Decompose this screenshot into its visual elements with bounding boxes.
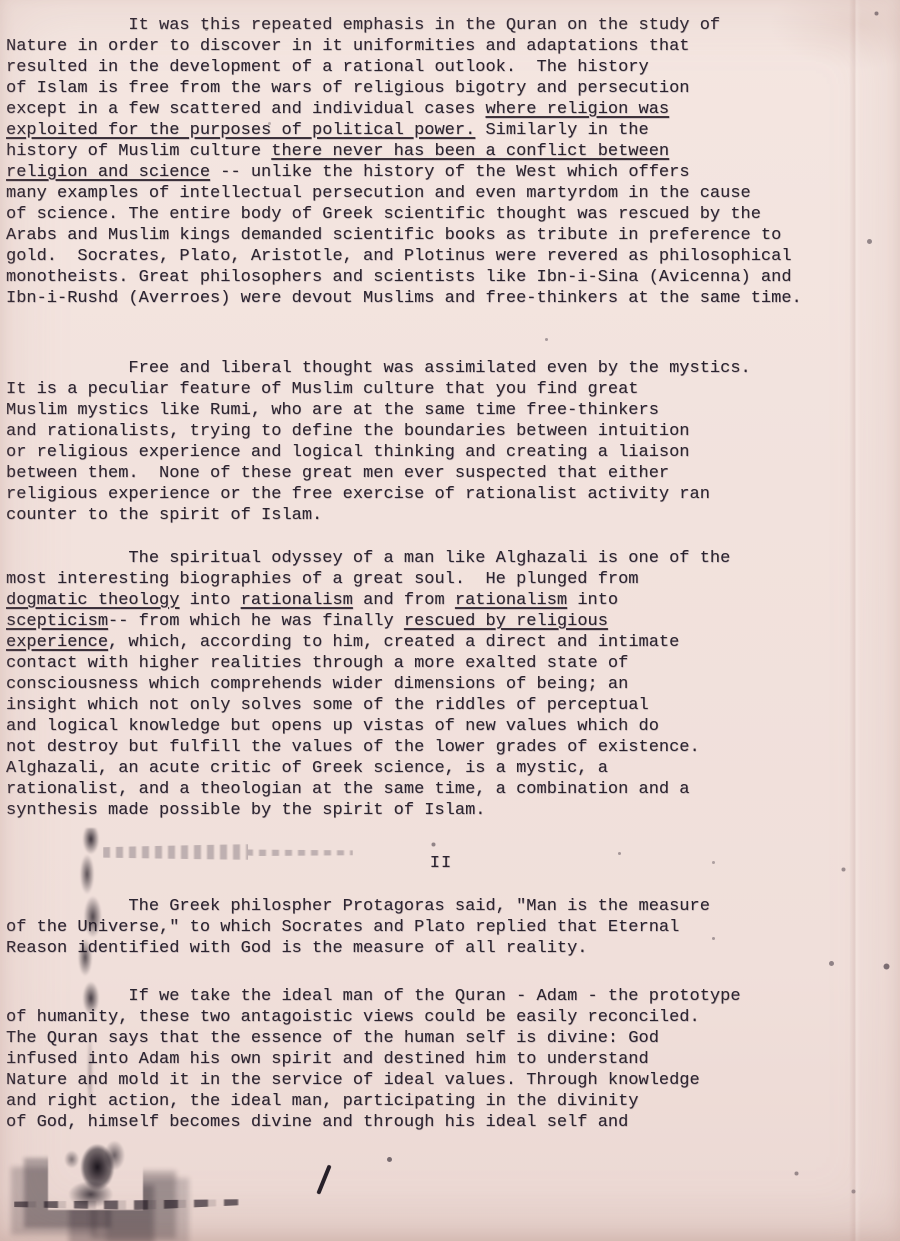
text-line: most interesting biographies of a great …: [6, 569, 876, 590]
text-line: resulted in the development of a rationa…: [6, 57, 876, 78]
paragraph: The Greek philospher Protagoras said, "M…: [6, 896, 876, 959]
text-line: Alghazali, an acute critic of Greek scie…: [6, 758, 876, 779]
paragraph: If we take the ideal man of the Quran - …: [6, 986, 876, 1133]
text-line: history of Muslim culture there never ha…: [6, 141, 876, 162]
text-line: of the Universe," to which Socrates and …: [6, 917, 876, 938]
text-line: synthesis made possible by the spirit of…: [6, 800, 876, 821]
text-line: Free and liberal thought was assimilated…: [6, 358, 876, 379]
ink-streak-tail: [84, 1008, 96, 1138]
fold-crease: [849, 0, 861, 1241]
text-line: monotheists. Great philosophers and scie…: [6, 267, 876, 288]
paper-specks: [0, 0, 3, 3]
paragraph: The spiritual odyssey of a man like Algh…: [6, 548, 876, 821]
text-line: not destroy but fulfill the values of th…: [6, 737, 876, 758]
text-line: between them. None of these great men ev…: [6, 463, 876, 484]
text-line: It was this repeated emphasis in the Qur…: [6, 15, 876, 36]
text-line: infused into Adam his own spirit and des…: [6, 1049, 876, 1070]
text-line: and logical knowledge but opens up vista…: [6, 716, 876, 737]
text-line: religious experience or the free exercis…: [6, 484, 876, 505]
text-line: consciousness which comprehends wider di…: [6, 674, 876, 695]
text-line: If we take the ideal man of the Quran - …: [6, 986, 876, 1007]
text-line: dogmatic theology into rationalism and f…: [6, 590, 876, 611]
text-line: The Quran says that the essence of the h…: [6, 1028, 876, 1049]
text-line: counter to the spirit of Islam.: [6, 505, 876, 526]
text-line: insight which not only solves some of th…: [6, 695, 876, 716]
slash-pen-mark: [316, 1164, 331, 1194]
text-line: and right action, the ideal man, partici…: [6, 1091, 876, 1112]
paragraph: It was this repeated emphasis in the Qur…: [6, 15, 876, 309]
scanned-document-page: { "document": { "section_heading": "II",…: [0, 0, 900, 1241]
text-line: The Greek philospher Protagoras said, "M…: [6, 896, 876, 917]
text-line: Reason identified with God is the measur…: [6, 938, 876, 959]
text-line: except in a few scattered and individual…: [6, 99, 876, 120]
text-line: and rationalists, trying to define the b…: [6, 421, 876, 442]
text-line: It is a peculiar feature of Muslim cultu…: [6, 379, 876, 400]
text-line: gold. Socrates, Plato, Aristotle, and Pl…: [6, 246, 876, 267]
text-line: contact with higher realities through a …: [6, 653, 876, 674]
text-line: many examples of intellectual persecutio…: [6, 183, 876, 204]
paragraph: Free and liberal thought was assimilated…: [6, 358, 876, 526]
text-line: rationalist, and a theologian at the sam…: [6, 779, 876, 800]
ink-streak: [70, 828, 108, 1013]
text-line: Muslim mystics like Rumi, who are at the…: [6, 400, 876, 421]
text-line: The spiritual odyssey of a man like Algh…: [6, 548, 876, 569]
text-line: Arabs and Muslim kings demanded scientif…: [6, 225, 876, 246]
document-body: It was this repeated emphasis in the Qur…: [6, 15, 876, 1133]
ink-blot: [48, 1132, 143, 1210]
text-line: scepticism-- from which he was finally r…: [6, 611, 876, 632]
text-line: of God, himself becomes divine and throu…: [6, 1112, 876, 1133]
text-line: of Islam is free from the wars of religi…: [6, 78, 876, 99]
text-line: experience, which, according to him, cre…: [6, 632, 876, 653]
text-line: of science. The entire body of Greek sci…: [6, 204, 876, 225]
text-line: or religious experience and logical thin…: [6, 442, 876, 463]
text-line: exploited for the purposes of political …: [6, 120, 876, 141]
text-line: Ibn-i-Rushd (Averroes) were devout Musli…: [6, 288, 876, 309]
text-line: religion and science -- unlike the histo…: [6, 162, 876, 183]
text-line: Nature and mold it in the service of ide…: [6, 1070, 876, 1091]
text-line: of humanity, these two antagoistic views…: [6, 1007, 876, 1028]
text-line: Nature in order to discover in it unifor…: [6, 36, 876, 57]
